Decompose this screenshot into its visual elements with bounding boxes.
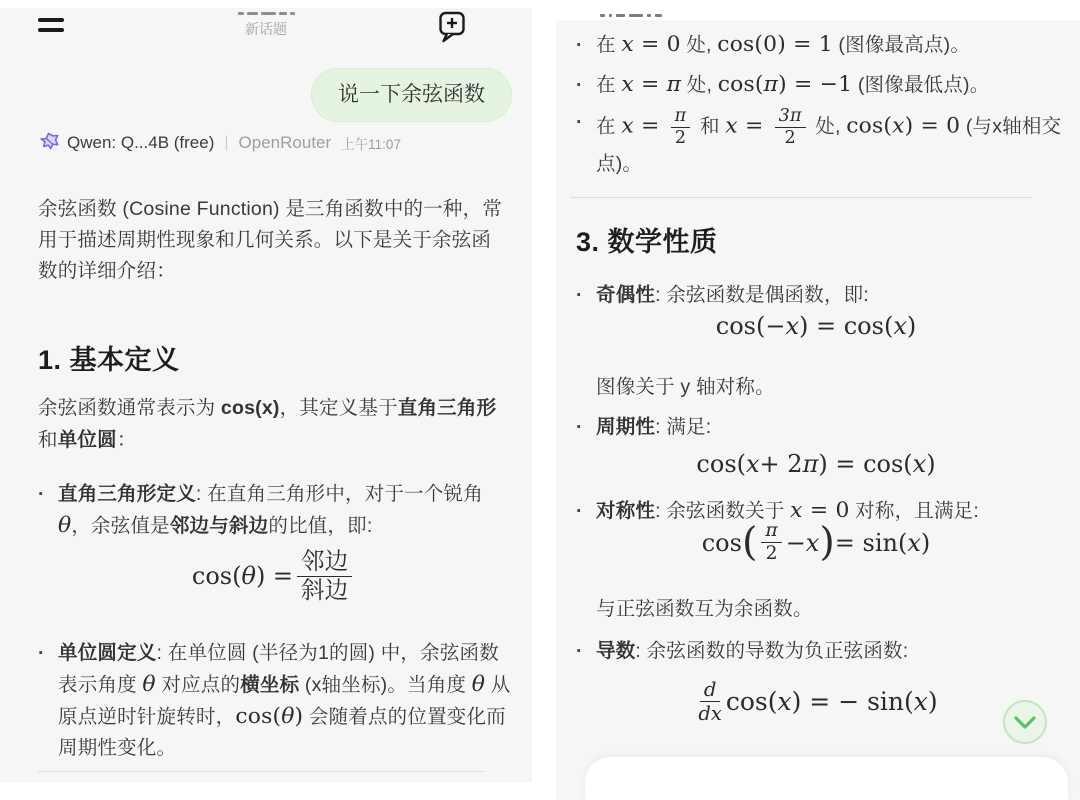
- bullet-marker: [38, 638, 58, 764]
- section-heading-basic-definition: 1. 基本定义: [38, 338, 180, 377]
- lead-paragraph: 余弦函数通常表示为 cos(x)，其定义基于直角三角形和单位圆：: [38, 392, 510, 456]
- list-item-right-triangle-definition: 直角三角形定义: 在直角三角形中，对于一个锐角 θ，余弦值是邻边与斜边的比值，即…: [38, 478, 516, 542]
- bullet-marker: [38, 478, 58, 542]
- scroll-to-bottom-button[interactable]: [1003, 700, 1047, 744]
- formula-cosine-ratio: cos(θ) = 邻边斜边: [38, 548, 510, 604]
- new-chat-icon[interactable]: [438, 10, 466, 44]
- section-heading-math-properties: 3. 数学性质: [576, 220, 718, 259]
- formula-cofunction-identity: cos (π2 − x) = sin(x): [596, 520, 1036, 565]
- message-input-card[interactable]: [585, 757, 1068, 800]
- list-item-parity: 奇偶性: 余弦函数是偶函数，即:: [576, 280, 1062, 310]
- model-name[interactable]: Qwen: Q...4B (free): [67, 133, 214, 153]
- list-item-periodicity: 周期性: 满足:: [576, 412, 1062, 442]
- list-item-key-point-half-pi: 在 x = π2 和 x = 3π2 处, cos(x) = 0 (与x轴相交点…: [576, 106, 1062, 180]
- clipped-text-remnant: [600, 14, 662, 17]
- user-message-text: 说一下余弦函数: [338, 83, 485, 106]
- intro-paragraph: 余弦函数 (Cosine Function) 是三角函数中的一种，常用于描述周期…: [38, 194, 510, 287]
- bullet-marker: [576, 636, 596, 666]
- user-message-bubble: 说一下余弦函数: [311, 68, 512, 122]
- bullet-marker: [576, 496, 596, 526]
- qwen-logo-icon: [38, 132, 59, 153]
- list-item-unit-circle-definition: 单位圆定义: 在单位圆 (半径为1的圆) 中，余弦函数表示角度 θ 对应点的横坐…: [38, 638, 516, 764]
- attribution-separator: |: [224, 134, 228, 152]
- model-attribution: Qwen: Q...4B (free) | OpenRouter 上午11:07: [38, 132, 401, 153]
- message-time: 上午11:07: [341, 133, 401, 153]
- left-chat-panel: 新话题 说一下余弦函数 Qwen: Q...4B (free) | OpenRo…: [0, 8, 532, 782]
- chat-app-screenshot: 新话题 说一下余弦函数 Qwen: Q...4B (free) | OpenRo…: [0, 0, 1080, 800]
- bullet-marker: [576, 280, 596, 310]
- parity-note: 图像关于 y 轴对称。: [596, 372, 775, 403]
- provider-name: OpenRouter: [239, 133, 332, 153]
- list-item-key-point-x0: 在 x = 0 处, cos(0) = 1 (图像最高点)。: [576, 28, 1062, 62]
- bullet-marker: [576, 68, 596, 102]
- divider: [38, 771, 484, 772]
- symmetry-note: 与正弦函数互为余函数。: [596, 594, 813, 625]
- formula-periodicity: cos(x + 2π) = cos(x): [596, 450, 1036, 478]
- list-item-key-point-pi: 在 x = π 处, cos(π) = −1 (图像最低点)。: [576, 68, 1062, 102]
- bullet-marker: [576, 412, 596, 442]
- list-item-derivative: 导数: 余弦函数的导数为负正弦函数:: [576, 636, 1062, 666]
- bullet-marker: [576, 106, 596, 180]
- divider: [570, 197, 1032, 198]
- formula-even-function: cos(−x) = cos(x): [596, 312, 1036, 340]
- chevron-down-icon: [1014, 716, 1036, 729]
- bullet-marker: [576, 28, 596, 62]
- formula-derivative: ddxcos(x) = − sin(x): [596, 678, 1036, 725]
- right-chat-panel: 在 x = 0 处, cos(0) = 1 (图像最高点)。 在 x = π 处…: [556, 20, 1080, 800]
